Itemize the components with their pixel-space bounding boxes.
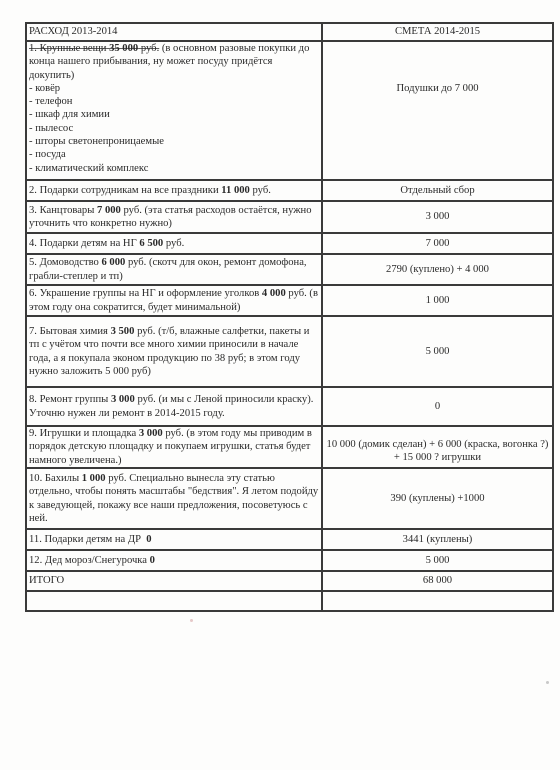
expense-amount: 3 500 xyxy=(111,326,135,337)
expense-cell: 1. Крупные вещи 35 000 руб. (в основном … xyxy=(26,41,322,180)
expense-amount: 3 000 xyxy=(111,394,135,405)
expense-cell: 11. Подарки детям на ДР 0 xyxy=(26,529,322,550)
expense-cell: 2. Подарки сотрудникам на все праздники … xyxy=(26,180,322,201)
header-expense-2013-2014: РАСХОД 2013-2014 xyxy=(26,23,322,41)
expense-amount: 0 xyxy=(146,534,151,545)
budget-table: РАСХОД 2013-2014 СМЕТА 2014-2015 1. Круп… xyxy=(25,22,554,612)
table-row: 6. Украшение группы на НГ и оформление у… xyxy=(26,285,553,316)
estimate-cell: 5 000 xyxy=(322,316,553,387)
expense-cell: 6. Украшение группы на НГ и оформление у… xyxy=(26,285,322,316)
expense-amount: 11 000 xyxy=(221,185,250,196)
expense-amount: 7 000 xyxy=(97,205,121,216)
list-item: посуда xyxy=(29,148,319,161)
list-item: ковёр xyxy=(29,82,319,95)
table-row: 2. Подарки сотрудникам на все праздники … xyxy=(26,180,553,201)
table-row: 9. Игрушки и площадка 3 000 руб. (в этом… xyxy=(26,426,553,468)
expense-cell: 7. Бытовая химия 3 500 руб. (т/б, влажны… xyxy=(26,316,322,387)
list-item: шторы светонепроницаемые xyxy=(29,135,319,148)
estimate-cell: Отдельный сбор xyxy=(322,180,553,201)
table-row: 5. Домоводство 6 000 руб. (скотч для око… xyxy=(26,254,553,285)
table-row: 10. Бахилы 1 000 руб. Специально вынесла… xyxy=(26,468,553,529)
table-row: 12. Дед мороз/Снегурочка 0 5 000 xyxy=(26,550,553,571)
scanned-page: РАСХОД 2013-2014 СМЕТА 2014-2015 1. Круп… xyxy=(0,0,560,770)
table-row: 8. Ремонт группы 3 000 руб. (и мы с Лено… xyxy=(26,387,553,426)
list-item: пылесос xyxy=(29,122,319,135)
estimate-cell: 7 000 xyxy=(322,233,553,254)
expense-cell: 5. Домоводство 6 000 руб. (скотч для око… xyxy=(26,254,322,285)
table-row: 4. Подарки детям на НГ 6 500 руб. 7 000 xyxy=(26,233,553,254)
estimate-cell: 2790 (куплено) + 4 000 xyxy=(322,254,553,285)
expense-amount: 1 000 xyxy=(82,473,106,484)
table-row: 1. Крупные вещи 35 000 руб. (в основном … xyxy=(26,41,553,180)
header-estimate-2014-2015: СМЕТА 2014-2015 xyxy=(322,23,553,41)
estimate-cell: 10 000 (домик сделан) + 6 000 (краска, в… xyxy=(322,426,553,468)
expense-amount: 35 000 xyxy=(109,43,138,54)
expense-cell: 3. Канцтовары 7 000 руб. (эта статья рас… xyxy=(26,201,322,233)
estimate-cell: 3441 (куплены) xyxy=(322,529,553,550)
expense-cell: 8. Ремонт группы 3 000 руб. (и мы с Лено… xyxy=(26,387,322,426)
row-1-first-line: 1. Крупные вещи 35 000 руб. xyxy=(29,43,159,54)
expense-amount: 0 xyxy=(150,555,155,566)
table-row: 7. Бытовая химия 3 500 руб. (т/б, влажны… xyxy=(26,316,553,387)
list-item: телефон xyxy=(29,95,319,108)
estimate-cell: 3 000 xyxy=(322,201,553,233)
expense-amount: 4 000 xyxy=(262,288,286,299)
table-row: 3. Канцтовары 7 000 руб. (эта статья рас… xyxy=(26,201,553,233)
empty-cell xyxy=(26,591,322,611)
empty-cell xyxy=(322,591,553,611)
estimate-cell: 1 000 xyxy=(322,285,553,316)
estimate-cell: Подушки до 7 000 xyxy=(322,41,553,180)
list-item: климатический комплекс xyxy=(29,162,319,175)
total-value: 68 000 xyxy=(322,571,553,591)
expense-amount: 6 500 xyxy=(139,238,163,249)
expense-amount: 6 000 xyxy=(101,257,125,268)
estimate-cell: 390 (куплены) +1000 xyxy=(322,468,553,529)
total-row: ИТОГО 68 000 xyxy=(26,571,553,591)
empty-row xyxy=(26,591,553,611)
large-items-list: ковёр телефон шкаф для химии пылесос што… xyxy=(29,82,319,175)
estimate-cell: 5 000 xyxy=(322,550,553,571)
expense-cell: 10. Бахилы 1 000 руб. Специально вынесла… xyxy=(26,468,322,529)
table-header-row: РАСХОД 2013-2014 СМЕТА 2014-2015 xyxy=(26,23,553,41)
scan-speck xyxy=(546,681,549,684)
list-item: шкаф для химии xyxy=(29,108,319,121)
expense-cell: 4. Подарки детям на НГ 6 500 руб. xyxy=(26,233,322,254)
table-row: 11. Подарки детям на ДР 0 3441 (куплены) xyxy=(26,529,553,550)
total-label: ИТОГО xyxy=(26,571,322,591)
scan-speck xyxy=(190,619,193,622)
expense-amount: 3 000 xyxy=(139,428,163,439)
expense-cell: 9. Игрушки и площадка 3 000 руб. (в этом… xyxy=(26,426,322,468)
estimate-cell: 0 xyxy=(322,387,553,426)
expense-cell: 12. Дед мороз/Снегурочка 0 xyxy=(26,550,322,571)
